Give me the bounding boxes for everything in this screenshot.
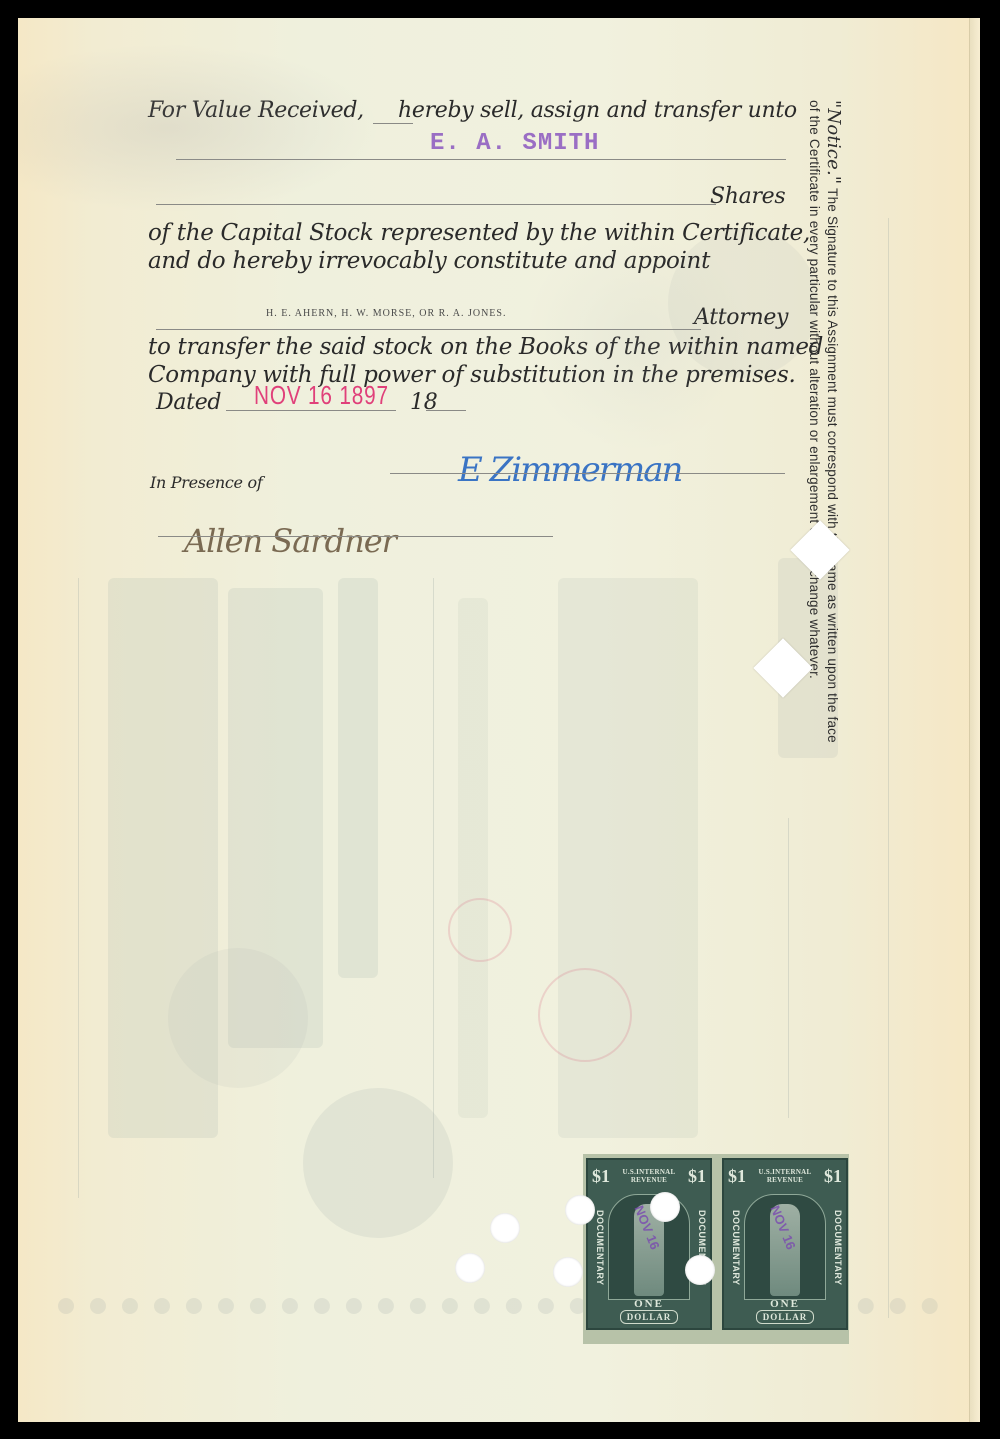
bleed-through-stamp	[448, 898, 512, 962]
witness-signature: Allen Sardner	[184, 522, 396, 560]
stamp-denomination: $1	[728, 1166, 746, 1187]
attorney-line	[156, 329, 701, 330]
signature-notice: "Notice." The Signature to this Assignme…	[796, 100, 844, 740]
witness-signature-line	[158, 536, 553, 537]
bleed-through-line	[888, 218, 889, 1318]
bleed-through-block	[338, 578, 378, 978]
stamp-denomination: $1	[592, 1166, 610, 1187]
cancel-punch-hole	[685, 1255, 715, 1285]
year-prefix: 18	[410, 390, 437, 415]
stamp-value-word: ONE	[730, 1298, 840, 1310]
year-line	[426, 410, 466, 411]
stamp-title: U.S.INTERNAL	[623, 1168, 676, 1176]
dated-label: Dated	[156, 390, 221, 415]
for-value-received-text: For Value Received,	[148, 98, 364, 123]
stamp-unit: DOLLAR	[756, 1310, 815, 1324]
bleed-through-seal	[303, 1088, 453, 1238]
revenue-stamp: $1 U.S.INTERNALREVENUE $1 DOCUMENTARY DO…	[722, 1158, 848, 1330]
date-line	[226, 410, 396, 411]
stamp-unit: DOLLAR	[620, 1310, 679, 1324]
bleed-through-seal	[168, 948, 308, 1088]
stamp-value-word: ONE	[594, 1298, 704, 1310]
stamp-title: U.S.INTERNAL	[759, 1168, 812, 1176]
notice-lead: "Notice."	[823, 100, 844, 184]
notice-line-1: The Signature to this Assignment must co…	[825, 188, 840, 743]
revenue-stamp: $1 U.S.INTERNALREVENUE $1 DOCUMENTARY DO…	[586, 1158, 712, 1330]
stamp-subtitle: REVENUE	[631, 1176, 667, 1184]
revenue-stamp-pair: $1 U.S.INTERNALREVENUE $1 DOCUMENTARY DO…	[583, 1154, 849, 1344]
substitution-text: Company with full power of substitution …	[148, 362, 795, 388]
attorneys-typed: H. E. AHERN, H. W. MORSE, OR R. A. JONES…	[266, 308, 506, 319]
constitute-appoint-text: and do hereby irrevocably constitute and…	[148, 248, 710, 274]
attorney-label: Attorney	[694, 305, 788, 330]
shares-label: Shares	[710, 184, 785, 209]
shares-line	[156, 204, 716, 205]
stamp-denomination: $1	[688, 1166, 706, 1187]
bleed-through-stamp	[538, 968, 632, 1062]
stamp-side-text: DOCUMENTARY	[727, 1200, 741, 1296]
stamp-denomination: $1	[824, 1166, 842, 1187]
cancel-punch-hole	[650, 1192, 680, 1222]
cancel-punch-hole	[455, 1253, 485, 1283]
bleed-through-line	[433, 578, 434, 1178]
presence-label: In Presence of	[150, 473, 262, 492]
date-stamp: NOV 16 1897	[254, 380, 389, 411]
assignor-blank-line	[373, 123, 413, 124]
stamp-side-text: DOCUMENTARY	[829, 1200, 843, 1296]
bleed-through-line	[78, 578, 79, 1198]
cancel-punch-hole	[565, 1195, 595, 1225]
transferee-line	[176, 159, 786, 160]
cancel-punch-hole	[490, 1213, 520, 1243]
assignor-signature-line	[390, 473, 785, 474]
capital-stock-text: of the Capital Stock represented by the …	[148, 220, 810, 246]
notice-line-2: of the Certificate in every particular w…	[805, 100, 823, 740]
paper-fold	[969, 18, 980, 1422]
bleed-through-block	[458, 598, 488, 1118]
cancel-punch-hole	[553, 1257, 583, 1287]
bleed-through-line	[788, 818, 789, 1118]
certificate-paper: For Value Received, hereby sell, assign …	[18, 18, 980, 1422]
sell-assign-transfer-text: hereby sell, assign and transfer unto	[398, 98, 797, 123]
assignor-signature: E Zimmerman	[458, 450, 681, 490]
transfer-stock-text: to transfer the said stock on the Books …	[148, 334, 823, 360]
stamp-subtitle: REVENUE	[767, 1176, 803, 1184]
transferee-stamp: E. A. SMITH	[430, 130, 599, 157]
